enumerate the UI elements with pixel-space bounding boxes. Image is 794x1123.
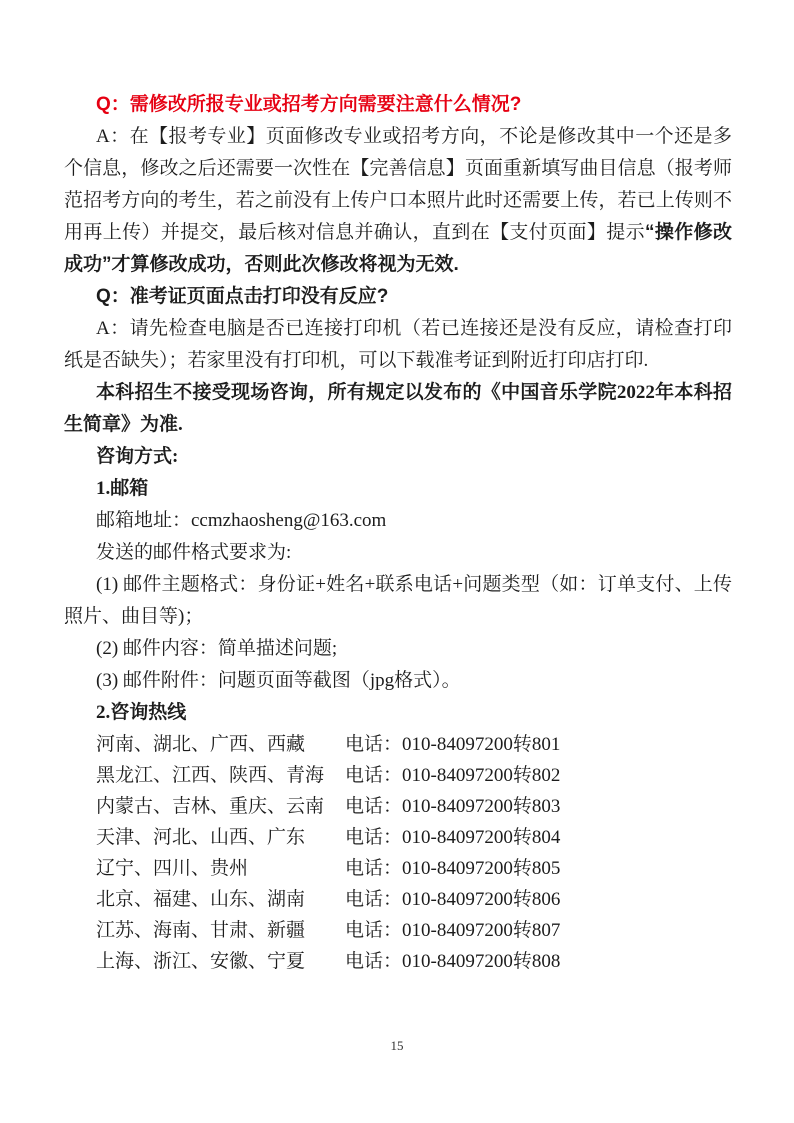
hotline-phone: 电话：010-84097200转808 — [345, 946, 732, 977]
contact-heading: 咨询方式: — [64, 441, 732, 473]
hotline-row: 辽宁、四川、贵州 电话：010-84097200转805 — [64, 853, 732, 884]
hotline-phone: 电话：010-84097200转805 — [345, 853, 732, 884]
hotline-row: 天津、河北、山西、广东 电话：010-84097200转804 — [64, 822, 732, 853]
email-format-item-1: (1) 邮件主题格式：身份证+姓名+联系电话+问题类型（如：订单支付、上传照片、… — [64, 569, 732, 633]
hotline-section-title: 2.咨询热线 — [64, 697, 732, 729]
hotline-phone: 电话：010-84097200转803 — [345, 791, 732, 822]
hotline-regions: 上海、浙江、安徽、宁夏 — [64, 946, 345, 977]
hotline-regions: 内蒙古、吉林、重庆、云南 — [64, 791, 345, 822]
email-section-title: 1.邮箱 — [64, 473, 732, 505]
hotline-row: 河南、湖北、广西、西藏 电话：010-84097200转801 — [64, 729, 732, 760]
email-format-item-3: (3) 邮件附件：问题页面等截图（jpg格式）。 — [64, 665, 732, 697]
hotline-table: 河南、湖北、广西、西藏 电话：010-84097200转801 黑龙江、江西、陕… — [64, 729, 732, 977]
page-content: Q：需修改所报专业或招考方向需要注意什么情况? A：在【报考专业】页面修改专业或… — [64, 89, 732, 977]
hotline-row: 北京、福建、山东、湖南 电话：010-84097200转806 — [64, 884, 732, 915]
question-1: Q：需修改所报专业或招考方向需要注意什么情况? — [64, 89, 732, 121]
document-page: Q：需修改所报专业或招考方向需要注意什么情况? A：在【报考专业】页面修改专业或… — [0, 0, 794, 1123]
question-2: Q：准考证页面点击打印没有反应? — [64, 281, 732, 313]
hotline-phone: 电话：010-84097200转801 — [345, 729, 732, 760]
hotline-row: 内蒙古、吉林、重庆、云南 电话：010-84097200转803 — [64, 791, 732, 822]
hotline-row: 黑龙江、江西、陕西、青海 电话：010-84097200转802 — [64, 760, 732, 791]
email-format-intro: 发送的邮件格式要求为: — [64, 537, 732, 569]
hotline-regions: 北京、福建、山东、湖南 — [64, 884, 345, 915]
hotline-phone: 电话：010-84097200转802 — [345, 760, 732, 791]
hotline-phone: 电话：010-84097200转806 — [345, 884, 732, 915]
hotline-phone: 电话：010-84097200转807 — [345, 915, 732, 946]
page-number: 15 — [0, 1038, 794, 1054]
hotline-regions: 江苏、海南、甘肃、新疆 — [64, 915, 345, 946]
hotline-row: 上海、浙江、安徽、宁夏 电话：010-84097200转808 — [64, 946, 732, 977]
notice-paragraph: 本科招生不接受现场咨询，所有规定以发布的《中国音乐学院2022年本科招生简章》为… — [64, 377, 732, 441]
email-format-item-2: (2) 邮件内容：简单描述问题; — [64, 633, 732, 665]
hotline-regions: 辽宁、四川、贵州 — [64, 853, 345, 884]
email-address-line: 邮箱地址：ccmzhaosheng@163.com — [64, 505, 732, 537]
hotline-regions: 天津、河北、山西、广东 — [64, 822, 345, 853]
answer-1-regular-text: A：在【报考专业】页面修改专业或招考方向，不论是修改其中一个还是多个信息，修改之… — [64, 126, 732, 243]
answer-1: A：在【报考专业】页面修改专业或招考方向，不论是修改其中一个还是多个信息，修改之… — [64, 121, 732, 281]
hotline-regions: 河南、湖北、广西、西藏 — [64, 729, 345, 760]
hotline-regions: 黑龙江、江西、陕西、青海 — [64, 760, 345, 791]
hotline-row: 江苏、海南、甘肃、新疆 电话：010-84097200转807 — [64, 915, 732, 946]
hotline-phone: 电话：010-84097200转804 — [345, 822, 732, 853]
answer-2: A：请先检查电脑是否已连接打印机（若已连接还是没有反应，请检查打印纸是否缺失）；… — [64, 313, 732, 377]
